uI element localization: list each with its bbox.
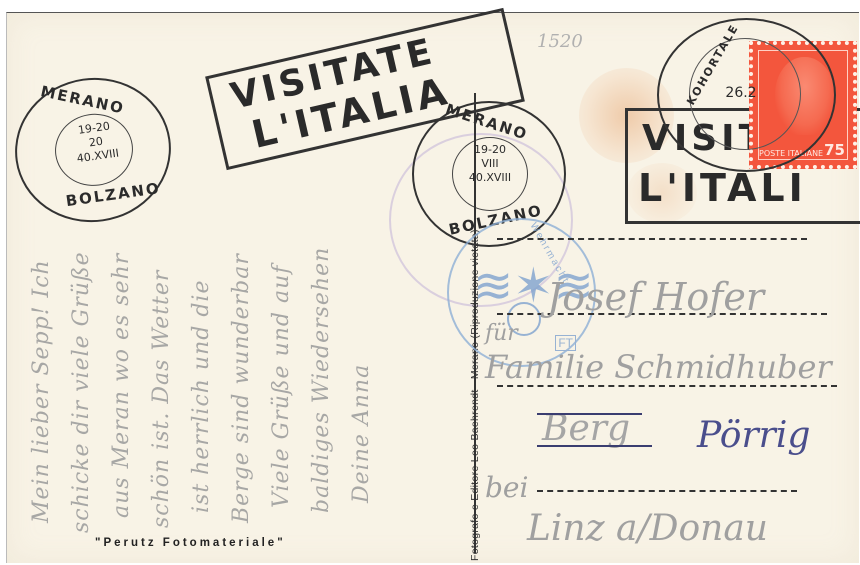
circular-cancel-stamp: KOHORTALE 26.2 — [657, 18, 836, 172]
message-line: schön ist. Das Wetter — [149, 270, 174, 528]
cancel-date: 19-20 VIII 40.XVIII — [460, 143, 520, 185]
postcard: Mein lieber Sepp! Ich schicke dir viele … — [6, 12, 859, 563]
message-line: Mein lieber Sepp! Ich — [29, 259, 54, 523]
address-correction: Pörrig — [697, 415, 810, 456]
message-line: baldiges Wiedersehen — [309, 247, 334, 513]
message-line: Viele Grüße und auf — [269, 265, 294, 508]
cancel-year: 40.XVIII — [460, 171, 520, 185]
message-line: schicke dir viele Grüße — [69, 251, 94, 533]
message-line: Deine Anna — [349, 364, 374, 503]
address-family: Familie Schmidhuber — [485, 348, 832, 386]
slogan-line-2: L'ITALI — [638, 169, 807, 207]
strike-line — [537, 413, 642, 415]
cancel-date: 19-20 20 40.XVIII — [63, 118, 128, 168]
message-line: aus Meran wo es sehr — [109, 253, 134, 518]
circular-cancel-left: MERANO BOLZANO 19-20 20 40.XVIII — [6, 68, 181, 232]
address-name: Josef Hofer — [547, 275, 764, 319]
address-bei: bei — [485, 471, 528, 504]
cancel-date: 26.2 — [721, 86, 761, 100]
address-line-1 — [497, 238, 807, 240]
address-line-4 — [537, 490, 797, 492]
cancel-time: 19-20 — [460, 143, 520, 157]
message-line: Berge sind wunderbar — [229, 253, 254, 523]
message-line: ist herrlich und die — [189, 280, 214, 514]
strike-line — [537, 445, 652, 447]
brand-imprint: "Perutz Fotomateriale" — [95, 537, 286, 549]
pencil-price-note: 1520 — [537, 31, 583, 52]
address-for: für — [485, 321, 518, 346]
cancel-month: VIII — [460, 157, 520, 171]
address-city: Linz a/Donau — [527, 508, 768, 549]
cancel-town: MERANO — [39, 82, 127, 117]
stamp-denomination: 75 — [824, 141, 845, 159]
